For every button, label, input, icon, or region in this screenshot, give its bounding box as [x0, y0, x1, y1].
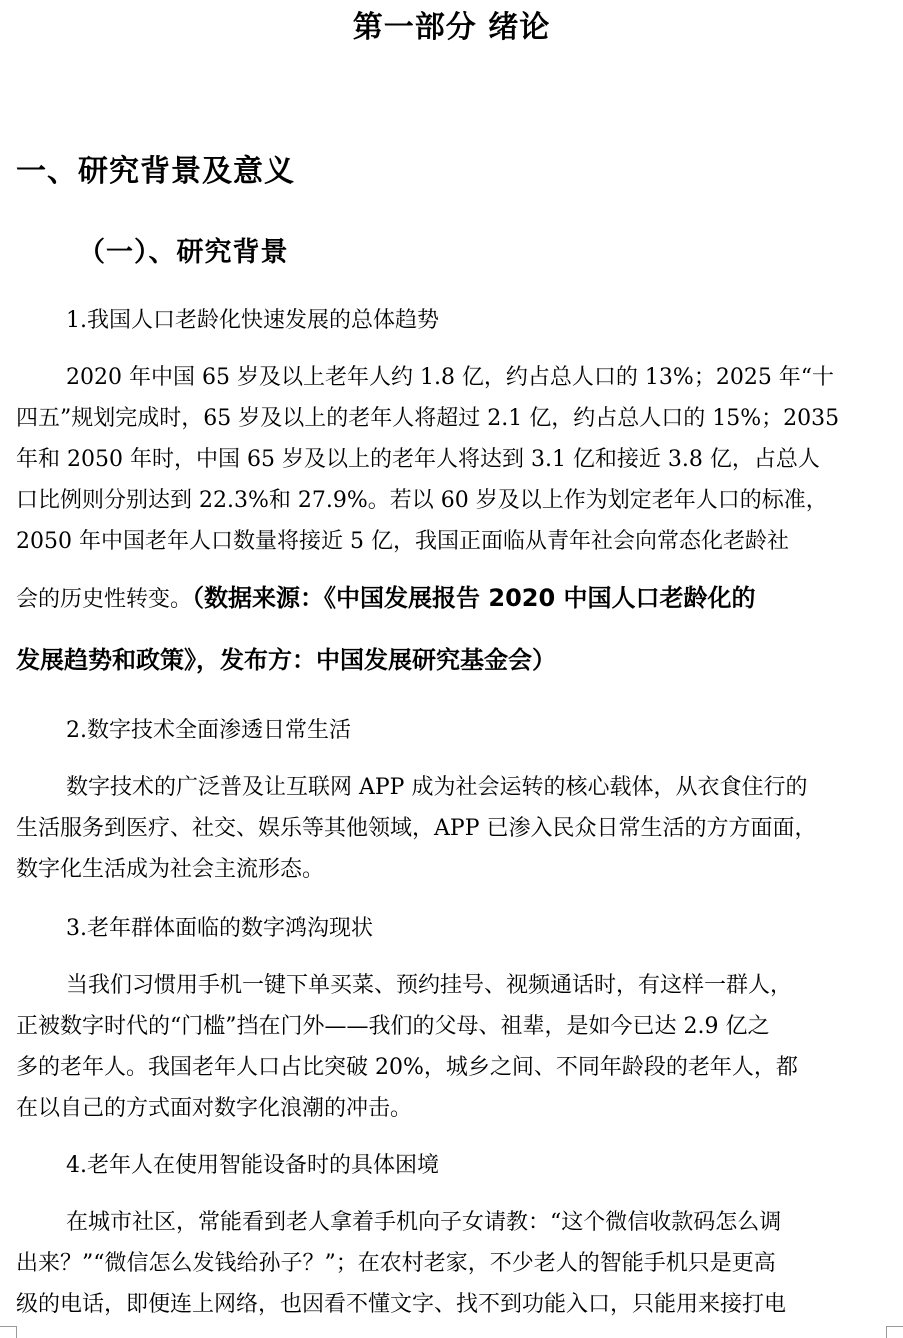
paragraph-line: 2020 年中国 65 岁及以上老年人约 1.8 亿，约占总人口的 13%；20… — [16, 357, 890, 398]
paragraph-1: 2020 年中国 65 岁及以上老年人约 1.8 亿，约占总人口的 13%；20… — [16, 357, 890, 562]
paragraph-line: 出来？”“微信怎么发钱给孙子？”；在农村老家，不少老人的智能手机只是更高 — [16, 1243, 890, 1284]
paragraph-line: 口比例则分别达到 22.3%和 27.9%。若以 60 岁及以上作为划定老年人口… — [16, 480, 890, 521]
paragraph-line: 生活服务到医疗、社交、娱乐等其他领域，APP 已渗入民众日常生活的方方面面， — [16, 808, 890, 849]
paragraph-2: 数字技术的广泛普及让互联网 APP 成为社会运转的核心载体，从衣食住行的 生活服… — [16, 767, 890, 890]
paragraph-line: 会的历史性转变。（数据来源：《中国发展报告 2020 中国人口老龄化的 — [16, 568, 890, 630]
subsection-heading: （一）、研究背景 — [78, 230, 289, 269]
paragraph-line: 在以自己的方式面对数字化浪潮的冲击。 — [16, 1088, 890, 1129]
paragraph-line: 正被数字时代的“门槛”挡在门外——我们的父母、祖辈，是如今已达 2.9 亿之 — [16, 1006, 890, 1047]
paragraph-line: 数字化生活成为社会主流形态。 — [16, 849, 890, 890]
data-source-citation: （数据来源：《中国发展报告 2020 中国人口老龄化的 — [192, 584, 756, 612]
paragraph-line: 年和 2050 年时，中国 65 岁及以上的老年人将达到 3.1 亿和接近 3.… — [16, 439, 890, 480]
paragraph-1-tail: 会的历史性转变。（数据来源：《中国发展报告 2020 中国人口老龄化的 发展趋势… — [16, 568, 890, 690]
paragraph-4: 在城市社区，常能看到老人拿着手机向子女请教：“这个微信收款码怎么调 出来？”“微… — [16, 1202, 890, 1325]
paragraph-line: 当我们习惯用手机一键下单买菜、预约挂号、视频通话时，有这样一群人， — [16, 965, 890, 1006]
page-title: 第一部分 绪论 — [0, 2, 903, 46]
data-source-citation-cont: 发展趋势和政策》，发布方：中国发展研究基金会） — [16, 630, 890, 690]
paragraph-line: 数字技术的广泛普及让互联网 APP 成为社会运转的核心载体，从衣食住行的 — [16, 767, 890, 808]
page-margin-mark-left — [0, 1326, 17, 1338]
section-heading: 一、研究背景及意义 — [16, 146, 295, 190]
item-heading-2: 2.数字技术全面渗透日常生活 — [66, 716, 351, 746]
tail-text: 会的历史性转变。 — [16, 587, 192, 612]
paragraph-line: 多的老年人。我国老年人口占比突破 20%，城乡之间、不同年龄段的老年人，都 — [16, 1047, 890, 1088]
paragraph-3: 当我们习惯用手机一键下单买菜、预约挂号、视频通话时，有这样一群人， 正被数字时代… — [16, 965, 890, 1129]
paragraph-line: 在城市社区，常能看到老人拿着手机向子女请教：“这个微信收款码怎么调 — [16, 1202, 890, 1243]
item-heading-4: 4.老年人在使用智能设备时的具体困境 — [66, 1151, 439, 1181]
paragraph-line: 级的电话，即便连上网络，也因看不懂文字、找不到功能入口，只能用来接打电 — [16, 1284, 890, 1325]
item-heading-1: 1.我国人口老龄化快速发展的总体趋势 — [66, 306, 439, 336]
paragraph-line: 四五”规划完成时，65 岁及以上的老年人将超过 2.1 亿，约占总人口的 15%… — [16, 398, 890, 439]
paragraph-line: 2050 年中国老年人口数量将接近 5 亿，我国正面临从青年社会向常态化老龄社 — [16, 521, 890, 562]
page-margin-mark-right — [886, 1326, 903, 1338]
item-heading-3: 3.老年群体面临的数字鸿沟现状 — [66, 914, 373, 944]
